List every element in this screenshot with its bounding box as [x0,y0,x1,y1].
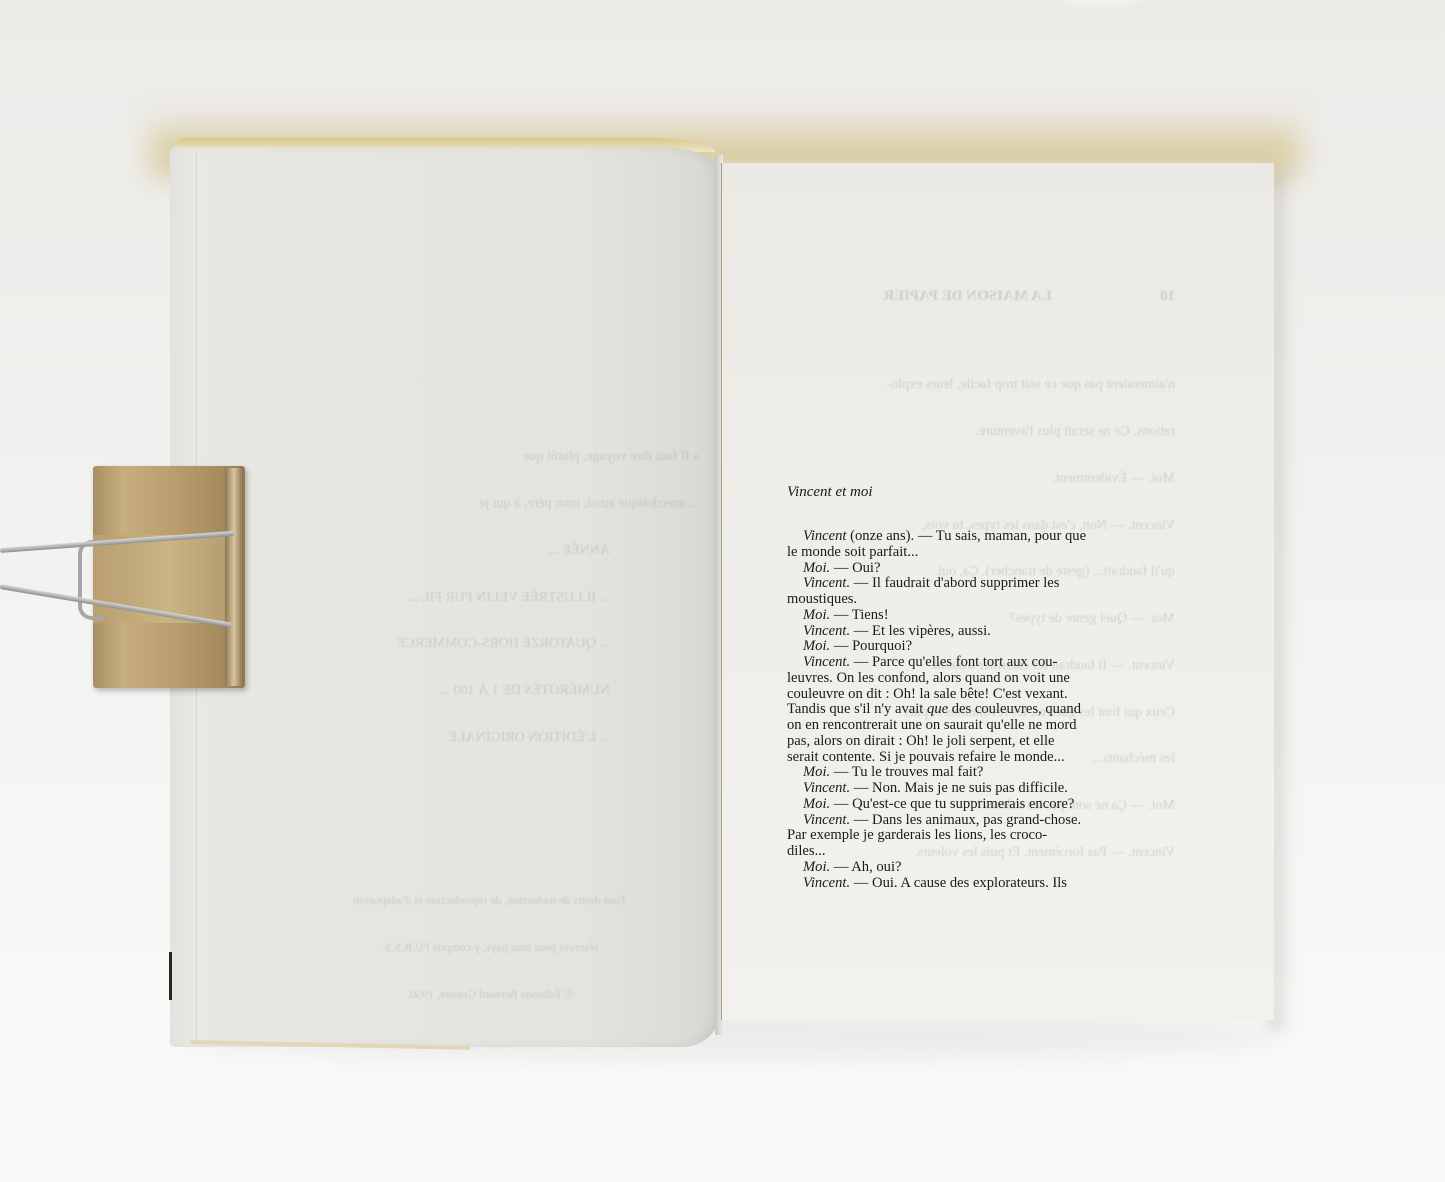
text-line: Vincent. — Il faudrait d'abord supprimer… [787,576,1167,592]
text-line: Moi. — Tu le trouves mal fait? [787,765,1167,781]
dialogue: couleuvre on dit : Oh! la sale bête! C'e… [787,686,1068,702]
speaker: Vincent. [803,575,850,591]
dialogue: — Oui? [830,560,880,576]
dialogue: — Parce qu'elles font tort aux cou- [850,654,1057,670]
text-line: Moi. — Pourquoi? [787,639,1167,655]
light-glare [1040,0,1160,10]
bleed-line: ... QUATORZE HORS-COMMERCE [300,636,700,652]
speaker: Moi. [803,560,830,576]
bleed-line: « Il faut dire voyage, plutôt que [300,449,700,465]
dialogue: — Oui. A cause des explorateurs. Ils [850,875,1067,891]
speaker: Moi. [803,607,830,623]
dialogue: — Non. Mais je ne suis pas difficile. [850,780,1068,796]
speaker: Vincent. [803,780,850,796]
binder-clip-fold [93,535,243,623]
text-line: Vincent. — Parce qu'elles font tort aux … [787,655,1167,671]
dialogue: on en rencontrerait une on saurait qu'el… [787,717,1077,733]
dialogue: — Ah, oui? [830,859,901,875]
text-line: Moi. — Ah, oui? [787,860,1167,876]
speaker: Moi. [803,796,830,812]
dialogue: — Tiens! [830,607,888,623]
text-line: Vincent. — Et les vipères, aussi. [787,624,1167,640]
speaker: Vincent. [803,654,850,670]
dialogue: leuvres. On les confond, alors quand on … [787,670,1070,686]
bleed-line: Tous droits de traduction, de reproducti… [300,893,680,909]
text-line: serait contente. Si je pouvais refaire l… [787,750,1167,766]
bleed-line: ... L'ÉDITION ORIGINALE [300,730,700,746]
dialogue: — Et les vipères, aussi. [850,623,991,639]
speaker: Vincent. [803,875,850,891]
dialogue: — Il faudrait d'abord supprimer les [850,575,1059,591]
text-line: leuvres. On les confond, alors quand on … [787,671,1167,687]
speaker: Vincent [803,528,847,544]
dialogue: pas, alors on dirait : Oh! le joli serpe… [787,733,1054,749]
text-line: on en rencontrerait une on saurait qu'el… [787,718,1167,734]
text-line: le monde soit parfait... [787,545,1167,561]
bleed-line: réservés pour tous pays, y compris l'U.R… [300,940,680,956]
left-page-bleed-through-upper: « Il faut dire voyage, plutôt que ... an… [300,418,700,761]
text-line: Vincent. — Oui. A cause des explorateurs… [787,876,1167,892]
right-page-text: Vincent et moi Vincent (onze ans). — Tu … [787,484,1167,891]
dialogue: Tandis que s'il n'y avait [787,701,927,717]
binder-clip-edge [225,468,243,686]
bleed-line: rations. Ce ne serait plus l'aventure. [775,424,1175,440]
bleed-page-number: 10 [1160,289,1175,305]
speaker: Moi. [803,638,830,654]
binder-clip-handle-ring [78,540,104,620]
dialogue: le monde soit parfait... [787,544,918,560]
dialogue: — Dans les animaux, pas grand-chose. [850,812,1081,828]
spine-mark [169,952,172,1000]
bleed-running-title: LA MAISON DE PAPIER [883,289,1052,305]
left-page-bleed-through-lower: Tous droits de traduction, de reproducti… [300,862,680,1018]
dialogue: diles... [787,843,826,859]
text-line: Moi. — Oui? [787,561,1167,577]
dialogue: — Qu'est-ce que tu supprimerais encore? [830,796,1074,812]
dialogue: (onze ans). — Tu sais, maman, pour que [847,528,1087,544]
emphasis: que [927,701,948,717]
speaker: Moi. [803,764,830,780]
text-line: Vincent (onze ans). — Tu sais, maman, po… [787,529,1167,545]
text-line: Vincent. — Non. Mais je ne suis pas diff… [787,781,1167,797]
bleed-line: NUMÉROTÉS DE 1 À 100 ... [300,683,700,699]
dialogue: Par exemple je garderais les lions, les … [787,827,1047,843]
dialogue: — Pourquoi? [830,638,912,654]
text-line: moustiques. [787,592,1167,608]
text-line: pas, alors on dirait : Oh! le joli serpe… [787,734,1167,750]
text-line: couleuvre on dit : Oh! la sale bête! C'e… [787,687,1167,703]
bleed-line: ... ILLUSTRÉE VELIN PUR FIL ... [300,590,700,606]
section-title: Vincent et moi [787,484,1167,501]
text-line: Vincent. — Dans les animaux, pas grand-c… [787,813,1167,829]
bleed-line: ... anecdotique aussi, mon père, à qui j… [300,496,700,512]
speaker: Vincent. [803,812,850,828]
bleed-line: n'aimeraient pas que ce soit trop facile… [775,377,1175,393]
dialogue: moustiques. [787,591,857,607]
bleed-line: © Éditions Bernard Grasset, 1950. [300,987,680,1003]
text-line: diles... [787,844,1167,860]
text-line: Moi. — Qu'est-ce que tu supprimerais enc… [787,797,1167,813]
bleed-line: ANNÉE ... [300,543,700,559]
dialogue: — Tu le trouves mal fait? [830,764,983,780]
bleed-header: 10 LA MAISON DE PAPIER [775,289,1175,305]
text-line: Par exemple je garderais les lions, les … [787,828,1167,844]
text-line: Tandis que s'il n'y avait que des couleu… [787,702,1167,718]
dialogue: serait contente. Si je pouvais refaire l… [787,749,1065,765]
dialogue: des couleuvres, quand [948,701,1081,717]
speaker: Vincent. [803,623,850,639]
text-line: Moi. — Tiens! [787,608,1167,624]
speaker: Moi. [803,859,830,875]
